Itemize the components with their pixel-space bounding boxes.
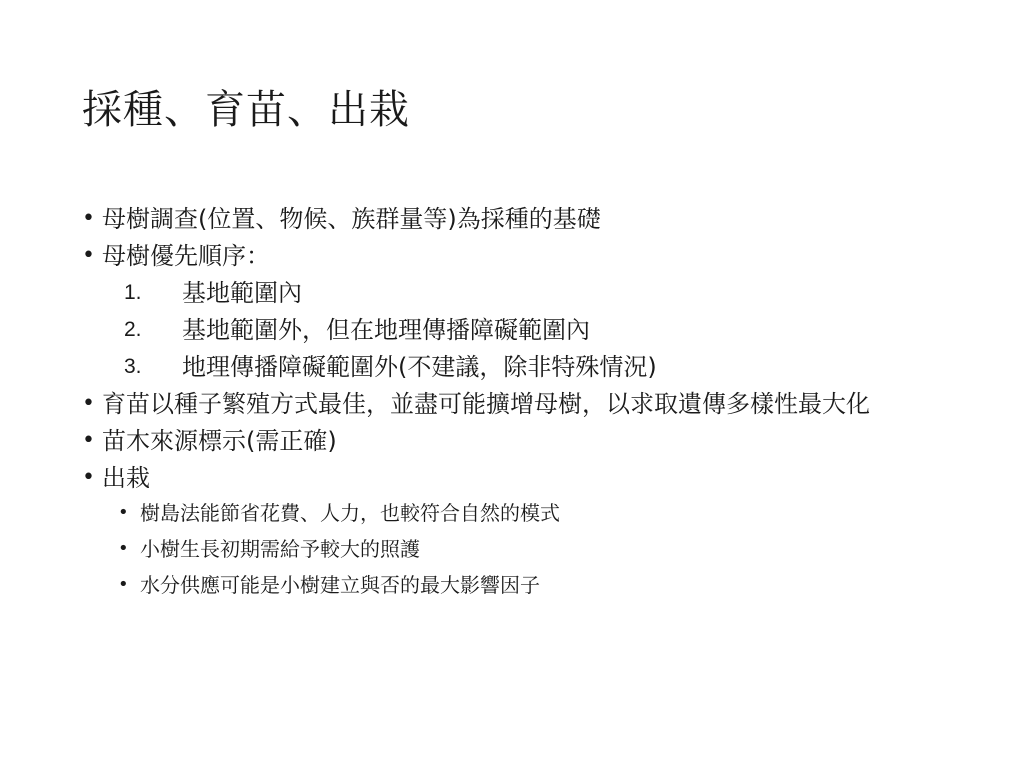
item-number: 3.	[124, 353, 142, 381]
item-number: 2.	[124, 316, 142, 344]
bullet-icon: •	[118, 501, 129, 525]
bullet-icon: •	[82, 464, 95, 492]
bullet-list: • 母樹調查(位置、物候、族群量等)為採種的基礎 • 母樹優先順序： 1. 基地…	[78, 205, 958, 609]
numbered-text: 基地範圍外，但在地理傳播障礙範圍內	[182, 316, 590, 344]
bullet-icon: •	[82, 242, 95, 270]
numbered-text: 基地範圍內	[182, 279, 302, 307]
sub-bullet-item: • 樹島法能節省花費、人力，也較符合自然的模式	[78, 501, 958, 525]
sub-bullet-text: 小樹生長初期需給予較大的照護	[140, 537, 420, 561]
sub-bullet-text: 樹島法能節省花費、人力，也較符合自然的模式	[140, 501, 560, 525]
numbered-text: 地理傳播障礙範圍外(不建議，除非特殊情況)	[182, 353, 657, 381]
bullet-text: 出栽	[102, 464, 150, 492]
bullet-item: • 出栽	[78, 464, 958, 492]
sub-bullet-text: 水分供應可能是小樹建立與否的最大影響因子	[140, 573, 540, 597]
bullet-icon: •	[118, 537, 129, 561]
numbered-item: 2. 基地範圍外，但在地理傳播障礙範圍內	[78, 316, 958, 344]
sub-bullet-item: • 水分供應可能是小樹建立與否的最大影響因子	[78, 573, 958, 597]
bullet-text: 育苗以種子繁殖方式最佳，並盡可能擴增母樹，以求取遺傳多樣性最大化	[102, 390, 870, 418]
bullet-text: 母樹調查(位置、物候、族群量等)為採種的基礎	[102, 205, 601, 233]
numbered-item: 1. 基地範圍內	[78, 279, 958, 307]
numbered-item: 3. 地理傳播障礙範圍外(不建議，除非特殊情況)	[78, 353, 958, 381]
bullet-icon: •	[118, 573, 129, 597]
bullet-icon: •	[82, 205, 95, 233]
sub-bullet-item: • 小樹生長初期需給予較大的照護	[78, 537, 958, 561]
bullet-icon: •	[82, 427, 95, 455]
bullet-item: • 苗木來源標示(需正確)	[78, 427, 958, 455]
bullet-text: 母樹優先順序：	[102, 242, 270, 270]
bullet-icon: •	[82, 390, 95, 418]
bullet-text: 苗木來源標示(需正確)	[102, 427, 337, 455]
bullet-item: • 母樹調查(位置、物候、族群量等)為採種的基礎	[78, 205, 958, 233]
bullet-item: • 母樹優先順序：	[78, 242, 958, 270]
slide-title: 採種、育苗、出栽	[82, 84, 410, 136]
bullet-item: • 育苗以種子繁殖方式最佳，並盡可能擴增母樹，以求取遺傳多樣性最大化	[78, 390, 952, 418]
item-number: 1.	[124, 279, 142, 307]
